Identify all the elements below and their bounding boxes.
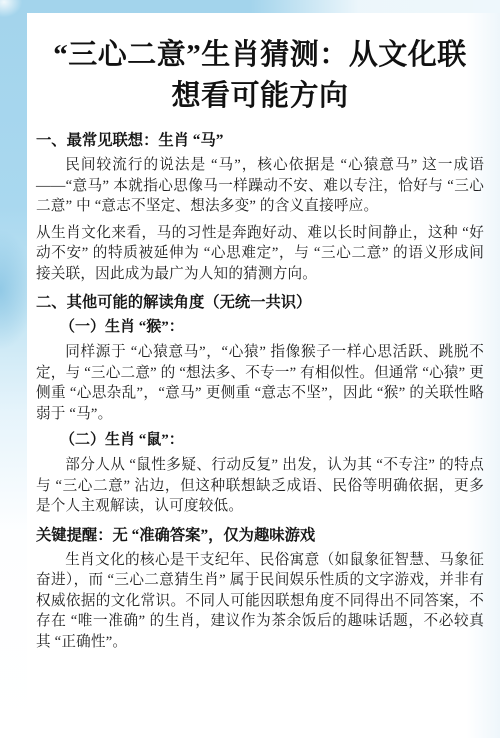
article-title-line1: “三心二意”生肖猜测：从文化联 [53,39,467,71]
page: “三心二意”生肖猜测：从文化联 想看可能方向 一、最常见联想：生肖 “马” 民间… [0,0,500,738]
conclusion-paragraph: 生肖文化的核心是干支纪年、民俗寓意（如鼠象征智慧、马象征奋进），而 “三心二意猜… [36,550,484,653]
section-1-paragraph-2: 从生肖文化来看，马的习性是奔跑好动、难以长时间静止，这种 “好动不安” 的特质被… [36,223,484,285]
section-1-heading: 一、最常见联想：生肖 “马” [36,130,484,151]
article-title: “三心二意”生肖猜测：从文化联 想看可能方向 [36,35,484,117]
article-title-line2: 想看可能方向 [171,80,348,112]
subsection-rat-heading: （二）生肖 “鼠”： [60,430,484,451]
subsection-monkey-heading: （一）生肖 “猴”： [60,317,484,338]
article-card: “三心二意”生肖猜测：从文化联 想看可能方向 一、最常见联想：生肖 “马” 民间… [27,13,500,738]
subsection-monkey-paragraph: 同样源于 “心猿意马”，“心猿” 指像猴子一样心思活跃、跳脱不定，与 “三心二意… [36,342,484,424]
section-2-heading: 二、其他可能的解读角度（无统一共识） [36,292,484,313]
section-1-paragraph-1: 民间较流行的说法是 “马”，核心依据是 “心猿意马” 这一成语——“意马” 本就… [36,155,484,217]
key-reminder-heading: 关键提醒：无 “准确答案”，仅为趣味游戏 [36,525,484,546]
subsection-rat-paragraph: 部分人从 “鼠性多疑、行动反复” 出发，认为其 “不专注” 的特点与 “三心二意… [36,455,484,517]
